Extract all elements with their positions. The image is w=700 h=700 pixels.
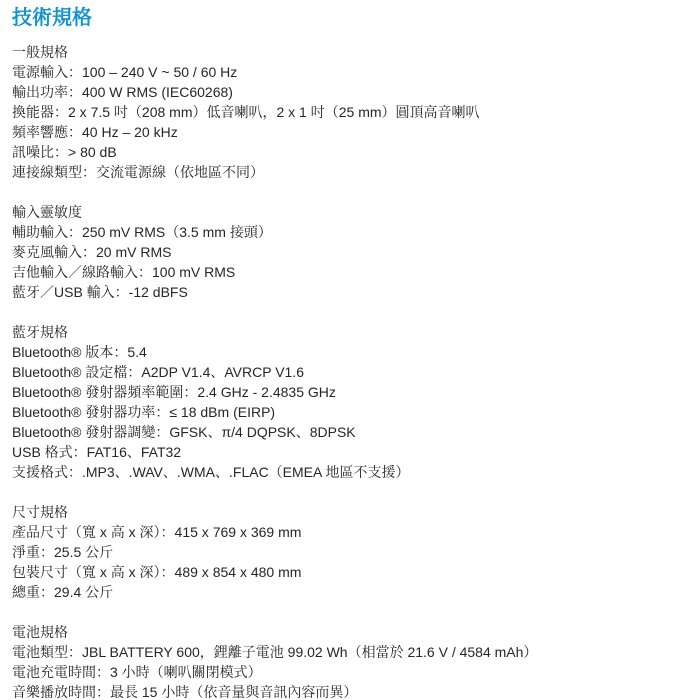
spec-line: 麥克風輸入：20 mV RMS <box>12 242 686 262</box>
spec-line: USB 格式：FAT16、FAT32 <box>12 442 686 462</box>
spec-line: 總重：29.4 公斤 <box>12 582 686 602</box>
section-heading: 電池規格 <box>12 622 686 642</box>
spec-line: Bluetooth® 版本：5.4 <box>12 342 686 362</box>
spec-line: 藍牙／USB 輸入：-12 dBFS <box>12 282 686 302</box>
spec-section-1: 輸入靈敏度輔助輸入：250 mV RMS（3.5 mm 接頭）麥克風輸入：20 … <box>12 202 686 302</box>
spec-section-2: 藍牙規格Bluetooth® 版本：5.4Bluetooth® 設定檔：A2DP… <box>12 322 686 482</box>
spec-line: 電池類型：JBL BATTERY 600，鋰離子電池 99.02 Wh（相當於 … <box>12 642 686 662</box>
section-heading: 尺寸規格 <box>12 502 686 522</box>
spec-line: 連接線類型：交流電源線（依地區不同） <box>12 162 686 182</box>
section-heading: 一般規格 <box>12 42 686 62</box>
spec-line: 音樂播放時間：最長 15 小時（依音量與音訊內容而異） <box>12 682 686 700</box>
spec-line: 淨重：25.5 公斤 <box>12 542 686 562</box>
spec-line: Bluetooth® 發射器調變：GFSK、π/4 DQPSK、8DPSK <box>12 422 686 442</box>
page-title: 技術規格 <box>12 6 686 30</box>
spec-section-3: 尺寸規格產品尺寸（寬 x 高 x 深）：415 x 769 x 369 mm淨重… <box>12 502 686 602</box>
section-heading: 藍牙規格 <box>12 322 686 342</box>
spec-line: Bluetooth® 發射器功率：≤ 18 dBm (EIRP) <box>12 402 686 422</box>
spec-line: 電池充電時間：3 小時（喇叭關閉模式） <box>12 662 686 682</box>
spec-sections: 一般規格電源輸入：100 – 240 V ~ 50 / 60 Hz輸出功率：40… <box>12 42 686 700</box>
spec-line: 包裝尺寸（寬 x 高 x 深）：489 x 854 x 480 mm <box>12 562 686 582</box>
spec-line: 產品尺寸（寬 x 高 x 深）：415 x 769 x 369 mm <box>12 522 686 542</box>
spec-line: 輸出功率：400 W RMS (IEC60268) <box>12 82 686 102</box>
spec-line: 訊噪比：> 80 dB <box>12 142 686 162</box>
spec-page: 技術規格 一般規格電源輸入：100 – 240 V ~ 50 / 60 Hz輸出… <box>0 0 700 700</box>
spec-line: 換能器：2 x 7.5 吋（208 mm）低音喇叭，2 x 1 吋（25 mm）… <box>12 102 686 122</box>
spec-section-0: 一般規格電源輸入：100 – 240 V ~ 50 / 60 Hz輸出功率：40… <box>12 42 686 182</box>
spec-line: 支援格式：.MP3、.WAV、.WMA、.FLAC（EMEA 地區不支援） <box>12 462 686 482</box>
spec-line: 輔助輸入：250 mV RMS（3.5 mm 接頭） <box>12 222 686 242</box>
spec-line: 電源輸入：100 – 240 V ~ 50 / 60 Hz <box>12 62 686 82</box>
section-heading: 輸入靈敏度 <box>12 202 686 222</box>
spec-line: 吉他輸入／線路輸入：100 mV RMS <box>12 262 686 282</box>
spec-line: Bluetooth® 發射器頻率範圍：2.4 GHz - 2.4835 GHz <box>12 382 686 402</box>
spec-section-4: 電池規格電池類型：JBL BATTERY 600，鋰離子電池 99.02 Wh（… <box>12 622 686 700</box>
spec-line: Bluetooth® 設定檔：A2DP V1.4、AVRCP V1.6 <box>12 362 686 382</box>
spec-line: 頻率響應：40 Hz – 20 kHz <box>12 122 686 142</box>
